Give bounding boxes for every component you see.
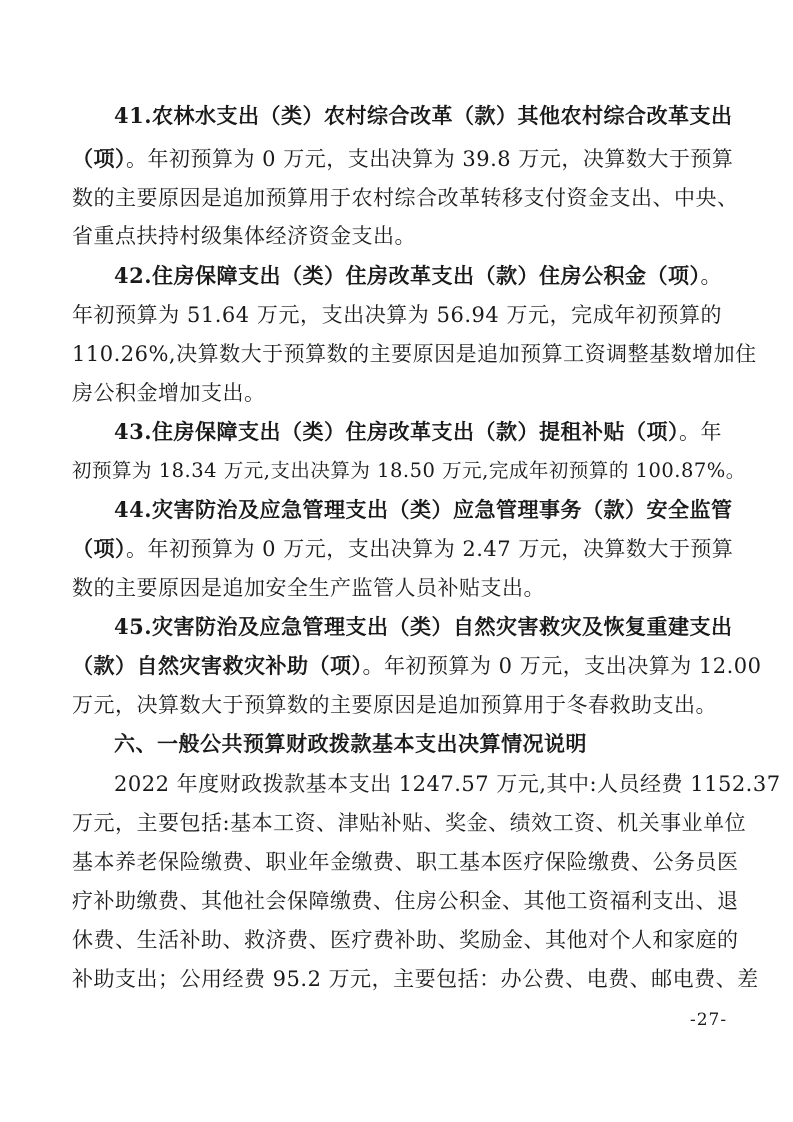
bold-title: 44.灾害防治及应急管理支出（类）应急管理事务（款）安全监管 bbox=[114, 497, 733, 522]
line: 万元，主要包括:基本工资、津贴补贴、奖金、绩效工资、机关事业单位 bbox=[72, 809, 722, 837]
line: （项）。年初预算为 0 万元，支出决算为 2.47 万元，决算数大于预算 bbox=[72, 535, 722, 563]
text: 。年初预算为 0 万元，支出决算为 12.00 bbox=[363, 654, 762, 678]
line: 省重点扶持村级集体经济资金支出。 bbox=[72, 222, 722, 250]
text: 。年初预算为 0 万元，支出决算为 2.47 万元，决算数大于预算 bbox=[126, 537, 733, 561]
bold-title: （项） bbox=[72, 536, 126, 561]
bold-title: 41.农林水支出（类）农村综合改革（款）其他农村综合改革支出 bbox=[114, 103, 733, 128]
line: 数的主要原因是追加预算用于农村综合改革转移支付资金支出、中央、 bbox=[72, 184, 722, 212]
text: 数的主要原因是追加安全生产监管人员补贴支出。 bbox=[72, 576, 545, 600]
line: 休费、生活补助、救济费、医疗费补助、奖励金、其他对个人和家庭的 bbox=[72, 926, 722, 954]
line: 45.灾害防治及应急管理支出（类）自然灾害救灾及恢复重建支出 bbox=[114, 613, 722, 641]
section-heading: 六、一般公共预算财政拨款基本支出决算情况说明 bbox=[114, 730, 722, 758]
line: 2022 年度财政拨款基本支出 1247.57 万元,其中:人员经费 1152.… bbox=[114, 770, 722, 798]
line: 补助支出；公用经费 95.2 万元，主要包括：办公费、电费、邮电费、差 bbox=[72, 965, 722, 993]
bold-title: 42.住房保障支出（类）住房改革支出（款）住房公积金（项） bbox=[114, 263, 701, 288]
text: 。年初预算为 0 万元，支出决算为 39.8 万元，决算数大于预算 bbox=[126, 147, 733, 171]
line: 44.灾害防治及应急管理支出（类）应急管理事务（款）安全监管 bbox=[114, 496, 722, 524]
line: 数的主要原因是追加安全生产监管人员补贴支出。 bbox=[72, 574, 722, 602]
line: 43.住房保障支出（类）住房改革支出（款）提租补贴（项）。年 bbox=[114, 418, 722, 446]
line: 基本养老保险缴费、职业年金缴费、职工基本医疗保险缴费、公务员医 bbox=[72, 848, 722, 876]
bold-title: 45.灾害防治及应急管理支出（类）自然灾害救灾及恢复重建支出 bbox=[114, 614, 733, 639]
bold-title: （款）自然灾害救灾补助（项） bbox=[72, 653, 363, 678]
line: 初预算为 18.34 万元,支出决算为 18.50 万元,完成年初预算的 100… bbox=[72, 457, 722, 485]
line: （款）自然灾害救灾补助（项）。年初预算为 0 万元，支出决算为 12.00 bbox=[72, 652, 722, 680]
bold-title: 43.住房保障支出（类）住房改革支出（款）提租补贴（项） bbox=[114, 419, 679, 444]
text: 年初预算为 51.64 万元，支出决算为 56.94 万元，完成年初预算的 bbox=[72, 303, 722, 327]
document-page: 41.农林水支出（类）农村综合改革（款）其他农村综合改革支出 （项）。年初预算为… bbox=[0, 0, 793, 1122]
line: （项）。年初预算为 0 万元，支出决算为 39.8 万元，决算数大于预算 bbox=[72, 145, 722, 173]
line: 年初预算为 51.64 万元，支出决算为 56.94 万元，完成年初预算的 bbox=[72, 301, 722, 329]
text: 万元，决算数大于预算数的主要原因是追加预算用于冬春救助支出。 bbox=[72, 693, 717, 717]
text: 省重点扶持村级集体经济资金支出。 bbox=[72, 224, 416, 248]
line: 110.26%,决算数大于预算数的主要原因是追加预算工资调整基数增加住 bbox=[72, 340, 722, 368]
text: 数的主要原因是追加预算用于农村综合改革转移支付资金支出、中央、 bbox=[72, 186, 739, 210]
text: 房公积金增加支出。 bbox=[72, 381, 266, 405]
line: 万元，决算数大于预算数的主要原因是追加预算用于冬春救助支出。 bbox=[72, 691, 722, 719]
text: 110.26%,决算数大于预算数的主要原因是追加预算工资调整基数增加住 bbox=[72, 342, 757, 366]
bold-title: （项） bbox=[72, 146, 126, 171]
line: 疗补助缴费、其他社会保障缴费、住房公积金、其他工资福利支出、退 bbox=[72, 887, 722, 915]
line: 房公积金增加支出。 bbox=[72, 379, 722, 407]
page-number: -27- bbox=[690, 1010, 727, 1030]
text: 。年 bbox=[679, 420, 722, 444]
text: 。 bbox=[701, 264, 723, 288]
line: 42.住房保障支出（类）住房改革支出（款）住房公积金（项）。 bbox=[114, 262, 722, 290]
line: 41.农林水支出（类）农村综合改革（款）其他农村综合改革支出 bbox=[114, 102, 722, 130]
text: 初预算为 18.34 万元,支出决算为 18.50 万元,完成年初预算的 100… bbox=[72, 459, 746, 482]
